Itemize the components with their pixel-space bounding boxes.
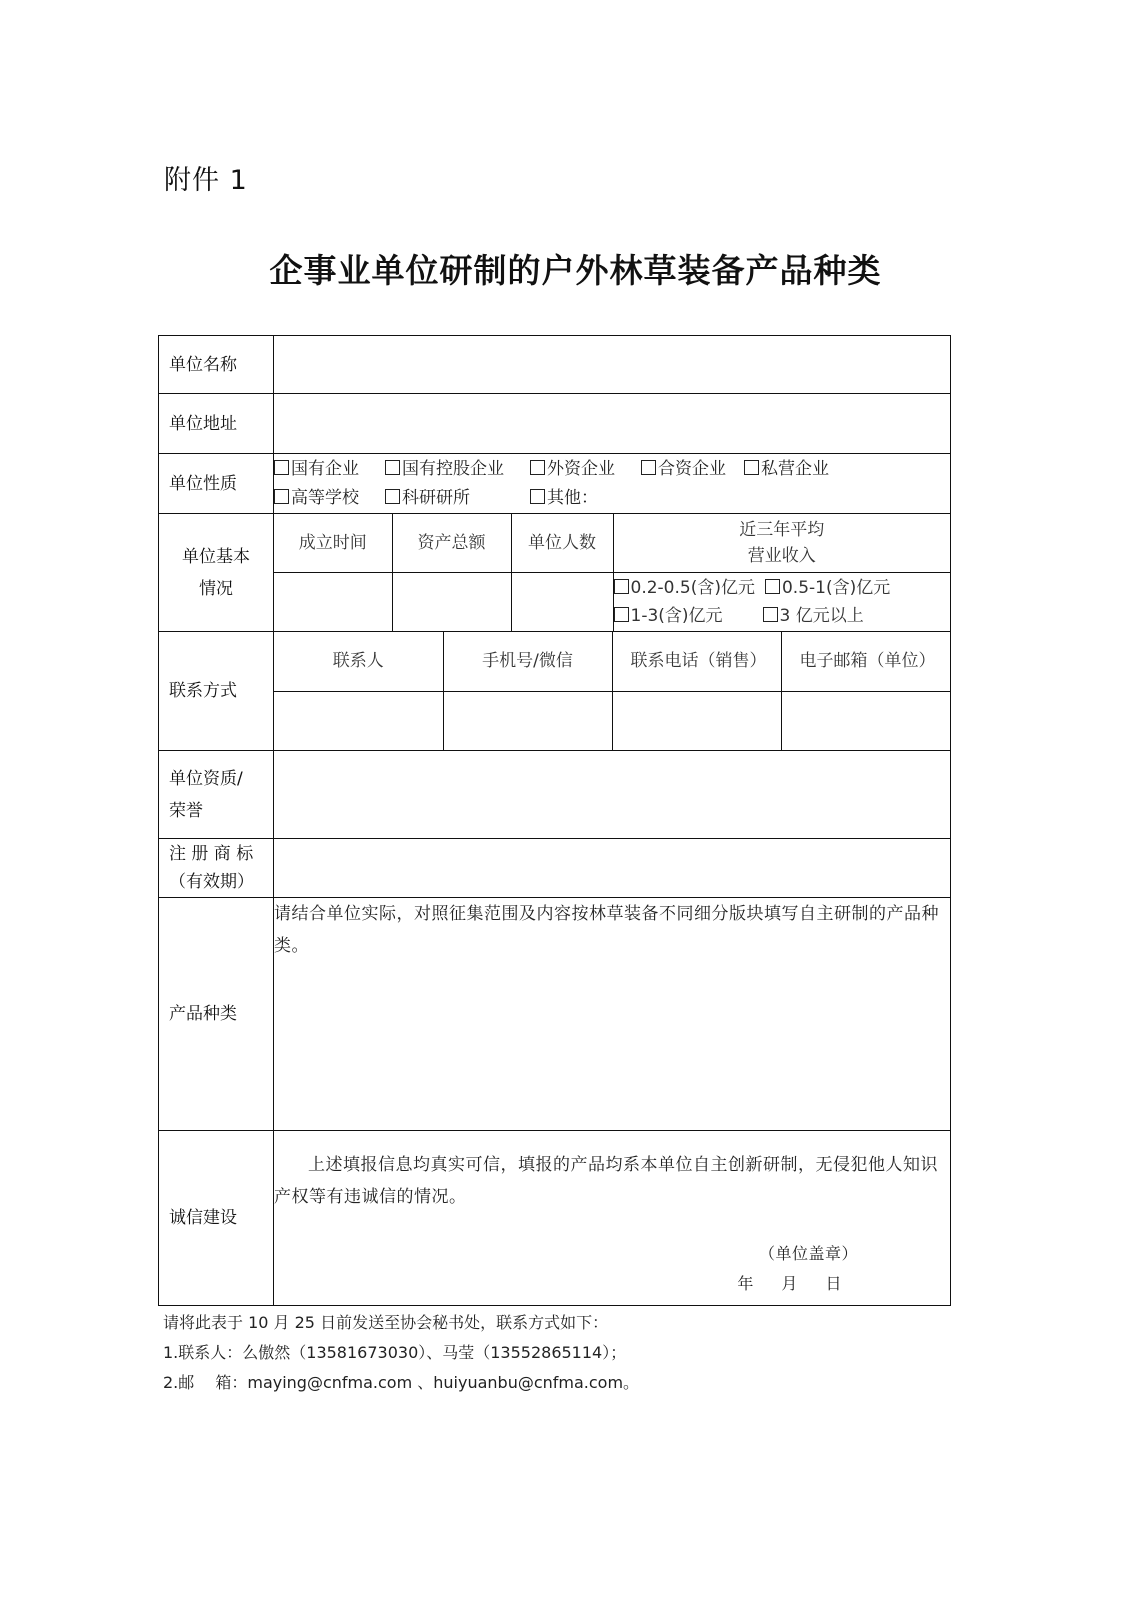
revenue-options: 0.2-0.5(含)亿元0.5-1(含)亿元 1-3(含)亿元3 亿元以上: [613, 572, 950, 631]
qualification-label: 单位资质/ 荣誉: [159, 751, 274, 839]
integrity-statement: 上述填报信息均真实可信，填报的产品均系本单位自主创新研制，无侵犯他人知识产权等有…: [274, 1149, 950, 1213]
integrity-field: 上述填报信息均真实可信，填报的产品均系本单位自主创新研制，无侵犯他人知识产权等有…: [274, 1131, 951, 1306]
qualification-field[interactable]: [274, 751, 951, 839]
contact-emails: 2.邮 箱：maying@cnfma.com 、huiyuanbu@cnfma.…: [163, 1368, 639, 1398]
checkbox-icon[interactable]: [385, 460, 400, 475]
integrity-label: 诚信建设: [159, 1131, 274, 1306]
checkbox-icon[interactable]: [274, 489, 289, 504]
checkbox-icon[interactable]: [530, 489, 545, 504]
email-header: 电子邮箱（单位）: [781, 632, 950, 691]
headcount-header: 单位人数: [511, 514, 613, 572]
checkbox-icon[interactable]: [614, 579, 629, 594]
unit-address-field[interactable]: [274, 394, 951, 454]
revenue-option-3[interactable]: 3 亿元以上: [763, 602, 864, 630]
option-private[interactable]: 私营企业: [744, 455, 829, 484]
registration-form: 单位名称 单位地址 单位性质 国有企业国有控股企业外资企业合资企业私营企业 高等…: [158, 335, 951, 1306]
total-assets-field[interactable]: [392, 572, 511, 631]
page-title: 企事业单位研制的户外林草装备产品种类: [0, 245, 1131, 292]
revenue-option-2[interactable]: 1-3(含)亿元: [614, 602, 723, 630]
checkbox-icon[interactable]: [641, 460, 656, 475]
revenue-header: 近三年平均 营业收入: [613, 514, 950, 572]
row-integrity: 诚信建设 上述填报信息均真实可信，填报的产品均系本单位自主创新研制，无侵犯他人知…: [159, 1131, 951, 1306]
founded-date-header: 成立时间: [274, 514, 392, 572]
checkbox-icon[interactable]: [530, 460, 545, 475]
product-types-field[interactable]: 请结合单位实际，对照征集范围及内容按林草装备不同细分版块填写自主研制的产品种类。: [274, 898, 951, 1131]
contact-person-header: 联系人: [274, 632, 443, 691]
product-types-label: 产品种类: [159, 898, 274, 1131]
revenue-option-0[interactable]: 0.2-0.5(含)亿元: [614, 574, 755, 602]
basic-info-grid: 成立时间 资产总额 单位人数 近三年平均 营业收入 0.2-0.5(含)亿元0.…: [274, 514, 950, 631]
option-other[interactable]: 其他：: [530, 484, 598, 513]
option-state-owned[interactable]: 国有企业: [274, 455, 359, 484]
contact-person-field[interactable]: [274, 691, 443, 750]
total-assets-header: 资产总额: [392, 514, 511, 572]
trademark-label: 注 册 商 标 （有效期）: [159, 839, 274, 898]
unit-nature-options: 国有企业国有控股企业外资企业合资企业私营企业 高等学校科研研所其他：: [274, 454, 951, 514]
submission-notes: 请将此表于 10 月 25 日前发送至协会秘书处，联系方式如下： 1.联系人：么…: [163, 1308, 639, 1398]
revenue-option-1[interactable]: 0.5-1(含)亿元: [765, 574, 890, 602]
checkbox-icon[interactable]: [744, 460, 759, 475]
attachment-label: 附件 1: [164, 158, 248, 197]
sales-phone-header: 联系电话（销售）: [612, 632, 781, 691]
date-label: 年 月 日: [274, 1269, 950, 1299]
mobile-wechat-field[interactable]: [443, 691, 612, 750]
unit-name-label: 单位名称: [159, 336, 274, 394]
row-trademark: 注 册 商 标 （有效期）: [159, 839, 951, 898]
submission-deadline: 请将此表于 10 月 25 日前发送至协会秘书处，联系方式如下：: [163, 1308, 639, 1338]
row-product-types: 产品种类 请结合单位实际，对照征集范围及内容按林草装备不同细分版块填写自主研制的…: [159, 898, 951, 1131]
email-field[interactable]: [781, 691, 950, 750]
option-joint-venture[interactable]: 合资企业: [641, 455, 726, 484]
unit-name-field[interactable]: [274, 336, 951, 394]
unit-nature-label: 单位性质: [159, 454, 274, 514]
mobile-wechat-header: 手机号/微信: [443, 632, 612, 691]
option-research-institute[interactable]: 科研研所: [385, 484, 470, 513]
trademark-field[interactable]: [274, 839, 951, 898]
checkbox-icon[interactable]: [763, 607, 778, 622]
basic-info-label: 单位基本 情况: [159, 514, 274, 632]
seal-label: （单位盖章）: [274, 1239, 950, 1269]
row-contact: 联系方式 联系人 手机号/微信 联系电话（销售） 电子邮箱（单位）: [159, 632, 951, 751]
headcount-field[interactable]: [511, 572, 613, 631]
sales-phone-field[interactable]: [612, 691, 781, 750]
product-types-instruction: 请结合单位实际，对照征集范围及内容按林草装备不同细分版块填写自主研制的产品种类。: [274, 898, 950, 962]
contact-label: 联系方式: [159, 632, 274, 751]
option-state-controlled[interactable]: 国有控股企业: [385, 455, 504, 484]
checkbox-icon[interactable]: [274, 460, 289, 475]
row-unit-nature: 单位性质 国有企业国有控股企业外资企业合资企业私营企业 高等学校科研研所其他：: [159, 454, 951, 514]
option-university[interactable]: 高等学校: [274, 484, 359, 513]
row-qualification: 单位资质/ 荣誉: [159, 751, 951, 839]
checkbox-icon[interactable]: [385, 489, 400, 504]
checkbox-icon[interactable]: [614, 607, 629, 622]
contact-persons: 1.联系人：么傲然（13581673030）、马莹（13552865114）；: [163, 1338, 639, 1368]
founded-date-field[interactable]: [274, 572, 392, 631]
row-unit-address: 单位地址: [159, 394, 951, 454]
checkbox-icon[interactable]: [765, 579, 780, 594]
row-basic-info: 单位基本 情况 成立时间 资产总额 单位人数 近三年平均 营业收入: [159, 514, 951, 632]
option-foreign[interactable]: 外资企业: [530, 455, 615, 484]
unit-address-label: 单位地址: [159, 394, 274, 454]
row-unit-name: 单位名称: [159, 336, 951, 394]
contact-grid: 联系人 手机号/微信 联系电话（销售） 电子邮箱（单位）: [274, 632, 950, 750]
